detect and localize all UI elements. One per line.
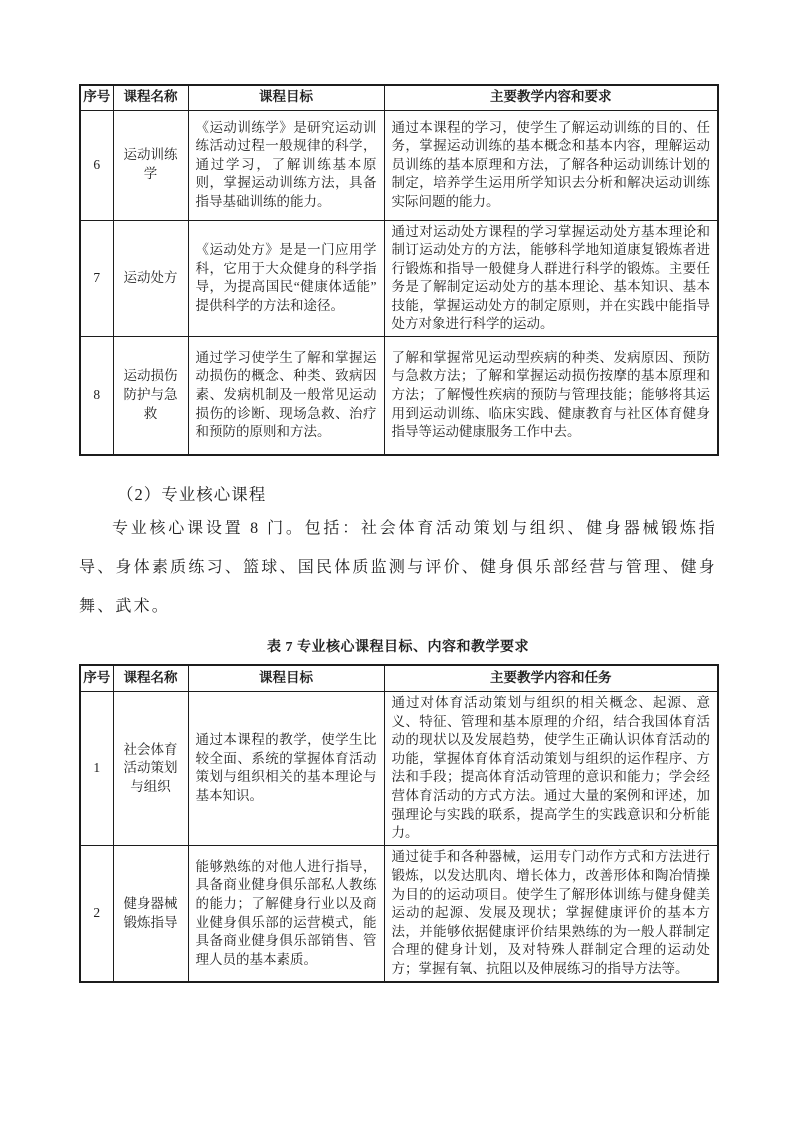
course-seq: 1 (80, 692, 113, 846)
table-row: 7 运动处方 《运动处方》是是一门应用学科，它用于大众健身的科学指导，为提高国民… (80, 220, 718, 337)
table-row: 8 运动损伤防护与急救 通过学习使学生了解和掌握运动损伤的概念、种类、致病因素、… (80, 337, 718, 455)
course-seq: 8 (80, 337, 113, 455)
core-courses-table: 序号 课程名称 课程目标 主要教学内容和任务 1 社会体育活动策划与组织 通过本… (79, 664, 719, 984)
table-row: 1 社会体育活动策划与组织 通过本课程的教学，使学生比较全面、系统的掌握体育活动… (80, 692, 718, 846)
table-row: 6 运动训练学 《运动训练学》是研究运动训练活动过程一般规律的科学，通过学习，了… (80, 110, 718, 220)
section-paragraph: 专业核心课设置 8 门。包括：社会体育活动策划与组织、健身器械锻炼指导、身体素质… (79, 509, 717, 626)
table-header-row: 序号 课程名称 课程目标 主要教学内容和任务 (80, 665, 718, 692)
header-seq: 序号 (80, 665, 113, 692)
course-goal: 《运动处方》是是一门应用学科，它用于大众健身的科学指导，为提高国民“健康体适能”… (188, 220, 384, 337)
header-course-goal: 课程目标 (188, 665, 384, 692)
header-seq: 序号 (80, 85, 113, 110)
header-course-name: 课程名称 (113, 85, 188, 110)
course-seq: 2 (80, 845, 113, 982)
header-main-tasks: 主要教学内容和任务 (384, 665, 718, 692)
course-name: 健身器械锻炼指导 (113, 845, 188, 982)
course-content: 通过本课程的学习，使学生了解运动训练的目的、任务，掌握运动训练的基本概念和基本内… (384, 110, 718, 220)
basic-courses-table: 序号 课程名称 课程目标 主要教学内容和要求 6 运动训练学 《运动训练学》是研… (79, 84, 719, 456)
course-name: 社会体育活动策划与组织 (113, 692, 188, 846)
course-content: 通过对体育活动策划与组织的相关概念、起源、意义、特征、管理和基本原理的介绍，结合… (384, 692, 718, 846)
document-page: 序号 课程名称 课程目标 主要教学内容和要求 6 运动训练学 《运动训练学》是研… (0, 0, 793, 1122)
header-main-content: 主要教学内容和要求 (384, 85, 718, 110)
table-row: 2 健身器械锻炼指导 能够熟练的对他人进行指导，具备商业健身俱乐部私人教练的能力… (80, 845, 718, 982)
table7-caption: 表 7 专业核心课程目标、内容和教学要求 (79, 638, 717, 657)
course-goal: 能够熟练的对他人进行指导，具备商业健身俱乐部私人教练的能力；了解健身行业以及商业… (188, 845, 384, 982)
course-content: 了解和掌握常见运动型疾病的种类、发病原因、预防与急救方法；了解和掌握运动损伤按摩… (384, 337, 718, 455)
table-header-row: 序号 课程名称 课程目标 主要教学内容和要求 (80, 85, 718, 110)
course-content: 通过徒手和各种器械，运用专门动作方式和方法进行锻炼，以发达肌肉、增长体力，改善形… (384, 845, 718, 982)
section-heading: （2）专业核心课程 (117, 483, 717, 506)
course-name: 运动损伤防护与急救 (113, 337, 188, 455)
course-seq: 6 (80, 110, 113, 220)
header-course-goal: 课程目标 (188, 85, 384, 110)
course-name: 运动处方 (113, 220, 188, 337)
course-goal: 通过学习使学生了解和掌握运动损伤的概念、种类、致病因素、发病机制及一般常见运动损… (188, 337, 384, 455)
header-course-name: 课程名称 (113, 665, 188, 692)
course-seq: 7 (80, 220, 113, 337)
course-name: 运动训练学 (113, 110, 188, 220)
course-content: 通过对运动处方课程的学习掌握运动处方基本理论和制订运动处方的方法，能够科学地知道… (384, 220, 718, 337)
course-goal: 《运动训练学》是研究运动训练活动过程一般规律的科学，通过学习，了解训练基本原则，… (188, 110, 384, 220)
course-goal: 通过本课程的教学，使学生比较全面、系统的掌握体育活动策划与组织相关的基本理论与基… (188, 692, 384, 846)
